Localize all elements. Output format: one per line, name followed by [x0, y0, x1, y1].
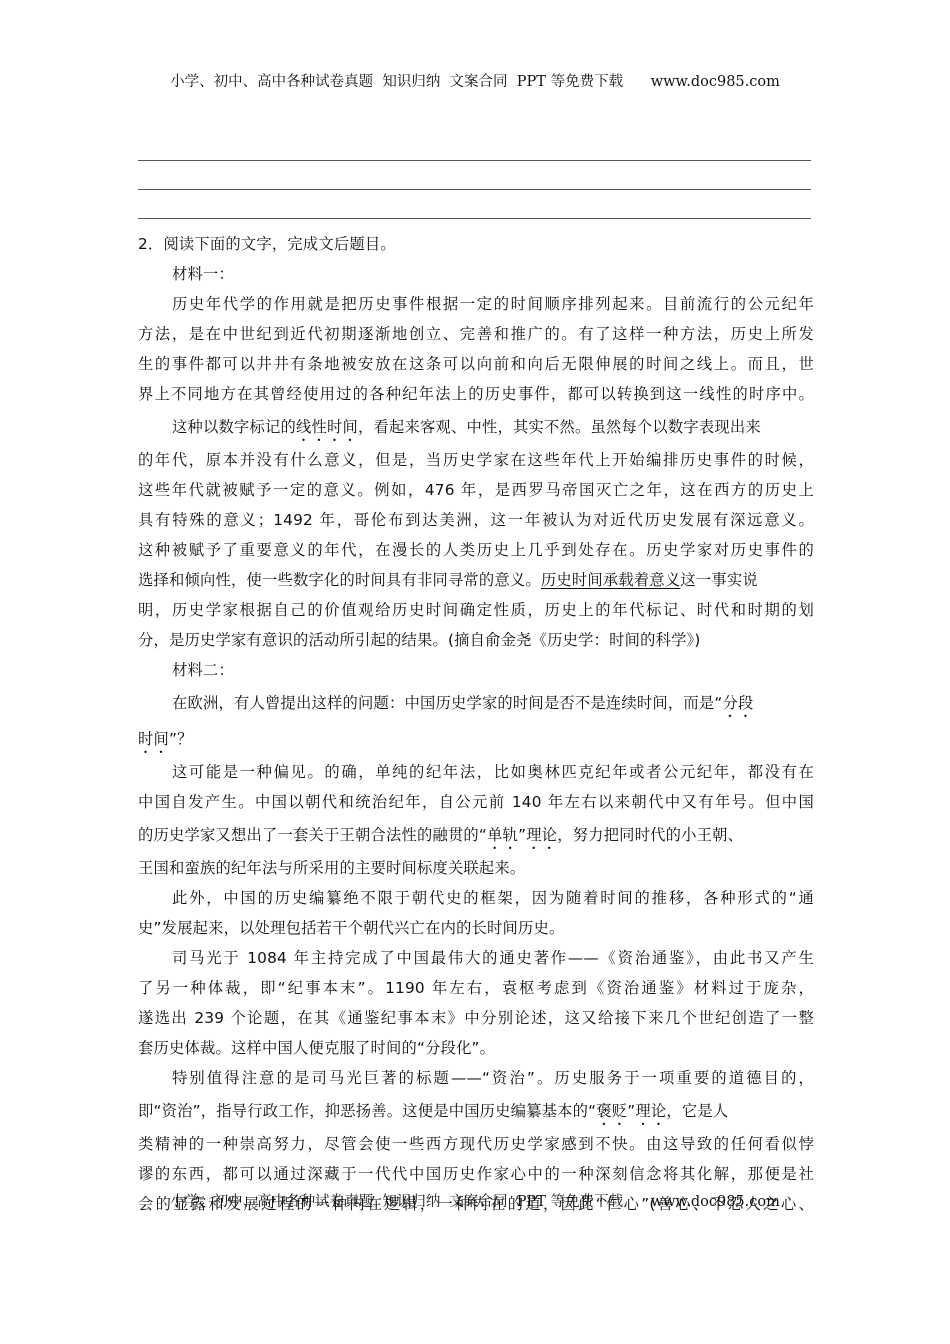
- page-footer-banner: 小学、初中、高中各种试卷真题 知识归纳 文案合同 PPT 等免费下载 www.d…: [0, 1190, 950, 1211]
- m1-p2-line: 这些年代就被赋予一定的意义。例如，476 年，是西罗马帝国灭亡之年，这在西方的历…: [138, 475, 814, 505]
- question-number: 2．: [138, 235, 163, 253]
- m2-p3-line: 此外，中国的历史编纂绝不限于朝代史的框架，因为随着时间的推移，各种形式的“通: [138, 883, 814, 913]
- underlined-phrase: 历史时间承载着意义: [541, 571, 680, 589]
- material1-label: 材料一：: [138, 259, 814, 289]
- text-span: 的历史学家又想出了一套关于王朝合法性的融贯的“: [138, 826, 487, 844]
- answer-line-2: [138, 189, 811, 190]
- m1-source-line: 分，是历史学家有意识的活动所引起的结果。(摘自俞金尧《历史学：时间的科学》): [138, 625, 814, 655]
- m1-p2-line: 这种以数字标记的线性时间，看起来客观、中性，其实不然。虽然每个以数字表现出来: [138, 409, 814, 445]
- m1-p2-line: 的年代，原本并没有什么意义，但是，当历史学家在这些年代上开始编排历史事件的时候，: [138, 445, 814, 475]
- m1-p2-line: 具有特殊的意义；1492 年，哥伦布到达美洲，这一年被认为对近代历史发展有深远意…: [138, 505, 814, 535]
- m2-p5-line: 特别值得注意的是司马光巨著的标题——“资治”。历史服务于一项重要的道德目的，: [138, 1063, 814, 1093]
- m1-p2-line: 这种被赋予了重要意义的年代，在漫长的人类历史上几乎到处存在。历史学家对历史事件的: [138, 535, 814, 565]
- page-header-banner: 小学、初中、高中各种试卷真题 知识归纳 文案合同 PPT 等免费下载 www.d…: [0, 70, 950, 91]
- m2-p5-line: 即“资治”，指导行政工作，抑恶扬善。这便是中国历史编纂基本的“褒贬”理论，它是人: [138, 1093, 814, 1129]
- m2-p4-line: 套历史体裁。这样中国人便克服了时间的“分段化”。: [138, 1033, 814, 1063]
- m1-p2-line: 选择和倾向性，使一些数字化的时间具有非同寻常的意义。历史时间承载着意义这一事实说: [138, 565, 814, 595]
- m1-p1-line: 方法，是在中世纪到近代初期逐渐地创立、完善和推广的。有了这样一种方法，历史上所发: [138, 319, 814, 349]
- emphasized-term: 单轨: [487, 826, 518, 844]
- text-span: ，努力把同时代的小王朝、: [557, 826, 743, 844]
- answer-line-1: [138, 160, 811, 161]
- m2-p2-line: 这可能是一种偏见。的确，单纯的纪年法，比如奥林匹克纪年或者公元纪年，都没有在: [138, 757, 814, 787]
- emphasized-term: 褒贬: [596, 1102, 627, 1120]
- m2-p1-line: 在欧洲，有人曾提出这样的问题：中国历史学家的时间是否不是连续时间，而是“分段: [138, 685, 814, 721]
- answer-line-3: [138, 218, 811, 219]
- question-prompt: 2．阅读下面的文字，完成文后题目。: [138, 229, 814, 259]
- text-span: ，看起来客观、中性，其实不然。虽然每个以数字表现出来: [358, 418, 761, 436]
- text-span: ”: [518, 826, 526, 844]
- text-span: ，它是人: [666, 1102, 728, 1120]
- text-span: 即“资治”，指导行政工作，抑恶扬善。这便是中国历史编纂基本的“: [138, 1102, 596, 1120]
- question-body: 2．阅读下面的文字，完成文后题目。 材料一： 历史年代学的作用就是把历史事件根据…: [138, 229, 814, 1219]
- emphasized-term: 理论: [635, 1102, 666, 1120]
- m2-p2-line: 中国自发产生。中国以朝代和统治纪年，自公元前 140 年左右以来朝代中又有年号。…: [138, 787, 814, 817]
- emphasized-term: 时间: [138, 730, 169, 748]
- text-span: 在欧洲，有人曾提出这样的问题：中国历史学家的时间是否不是连续时间，而是“: [172, 694, 723, 712]
- m1-p2-line: 明，历史学家根据自己的价值观给历史时间确定性质，历史上的年代标记、时代和时期的划: [138, 595, 814, 625]
- emphasized-term: 线性时间: [296, 418, 358, 436]
- emphasized-term: 理论: [526, 826, 557, 844]
- text-span: 选择和倾向性，使一些数字化的时间具有非同寻常的意义。: [138, 571, 541, 589]
- emphasized-term: 分段: [723, 694, 754, 712]
- m1-p1-line: 历史年代学的作用就是把历史事件根据一定的时间顺序排列起来。目前流行的公元纪年: [138, 289, 814, 319]
- m2-p5-line: 谬的东西，都可以通过深藏于一代代中国历史作家心中的一种深刻信念将其化解，那便是社: [138, 1159, 814, 1189]
- m1-p1-line: 生的事件都可以井井有条地被安放在这条可以向前和向后无限伸展的时间之线上。而且，世: [138, 349, 814, 379]
- m2-p2-line: 的历史学家又想出了一套关于王朝合法性的融贯的“单轨”理论，努力把同时代的小王朝、: [138, 817, 814, 853]
- m2-p3-line: 史”发展起来，以处理包括若干个朝代兴亡在内的长时间历史。: [138, 913, 814, 943]
- material2-label: 材料二：: [138, 655, 814, 685]
- m2-p2-line: 王国和蛮族的纪年法与所采用的主要时间标度关联起来。: [138, 853, 814, 883]
- m2-p4-line: 了另一种体裁，即“纪事本末”。1190 年左右，袁枢考虑到《资治通鉴》材料过于庞…: [138, 973, 814, 1003]
- m2-p1-line: 时间”？: [138, 721, 814, 757]
- m1-p1-line: 界上不同地方在其曾经使用过的各种纪年法上的历史事件，都可以转换到这一线性的时序中…: [138, 379, 814, 409]
- m2-p4-line: 遂选出 239 个论题，在其《通鉴纪事本末》中分别论述，这又给接下来几个世纪创造…: [138, 1003, 814, 1033]
- m2-p5-line: 类精神的一种崇高努力，尽管会使一些西方现代历史学家感到不快。由这导致的任何看似悖: [138, 1129, 814, 1159]
- text-span: ”？: [169, 730, 193, 748]
- text-span: 这种以数字标记的: [172, 418, 296, 436]
- m2-p4-line: 司马光于 1084 年主持完成了中国最伟大的通史著作——《资治通鉴》，由此书又产…: [138, 943, 814, 973]
- question-text: 阅读下面的文字，完成文后题目。: [163, 235, 395, 253]
- text-span: 这一事实说: [680, 571, 758, 589]
